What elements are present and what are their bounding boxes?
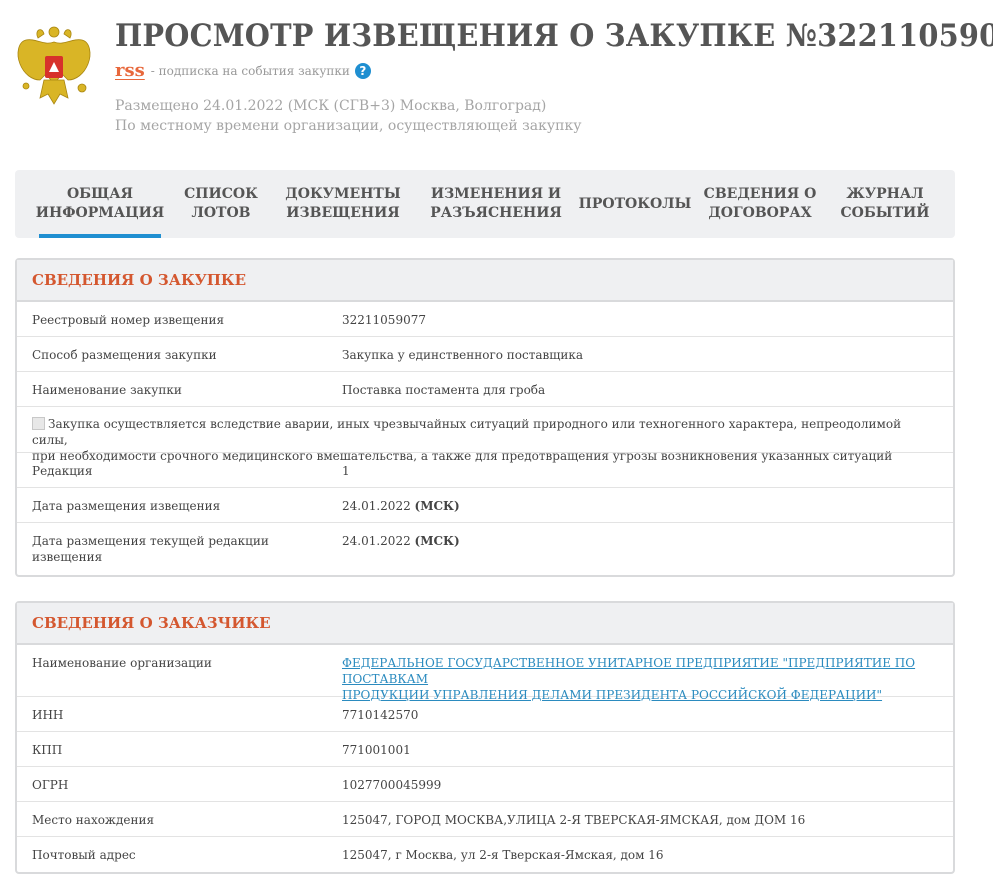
tab-label: разъяснения bbox=[430, 204, 562, 223]
tab-label: Изменения и bbox=[430, 185, 562, 204]
table-row: Редакция 1 bbox=[17, 453, 953, 488]
procurement-info-panel: Сведения о закупке Реестровый номер изве… bbox=[15, 258, 955, 577]
row-label: Почтовый адрес bbox=[17, 837, 327, 872]
timezone-label: (МСК) bbox=[415, 499, 460, 513]
row-label: ИНН bbox=[17, 697, 327, 731]
page-title: ПРОСМОТР ИЗВЕЩЕНИЯ О ЗАКУПКЕ №3221105907… bbox=[115, 18, 993, 54]
timezone-label: (МСК) bbox=[415, 534, 460, 548]
emergency-checkbox[interactable] bbox=[32, 417, 45, 430]
customer-info-panel: Сведения о заказчике Наименование органи… bbox=[15, 601, 955, 874]
tab-label: лотов bbox=[184, 204, 258, 223]
help-icon[interactable]: ? bbox=[355, 63, 371, 79]
section-title: Сведения о заказчике bbox=[32, 614, 271, 632]
link-line[interactable]: ФЕДЕРАЛЬНОЕ ГОСУДАРСТВЕННОЕ УНИТАРНОЕ ПР… bbox=[342, 655, 938, 687]
table-row: Дата размещения текущей редакцииизвещени… bbox=[17, 523, 953, 575]
row-label: ОГРН bbox=[17, 767, 327, 801]
table-row: Почтовый адрес 125047, г Москва, ул 2-я … bbox=[17, 837, 953, 872]
tab-label: Сведения о bbox=[704, 185, 817, 204]
label-line: извещения bbox=[32, 549, 327, 565]
table-row: Способ размещения закупки Закупка у един… bbox=[17, 337, 953, 372]
section-title: Сведения о закупке bbox=[32, 271, 246, 289]
row-value: 24.01.2022 (МСК) bbox=[327, 488, 953, 522]
row-label: Дата размещения извещения bbox=[17, 488, 327, 522]
emergency-checkbox-row: Закупка осуществляется вследствие аварии… bbox=[17, 407, 953, 453]
row-label: Реестровый номер извещения bbox=[17, 302, 327, 336]
tab-protocols[interactable]: Протоколы bbox=[587, 170, 683, 238]
date-value: 24.01.2022 bbox=[342, 534, 411, 548]
tab-label: Протоколы bbox=[579, 195, 692, 214]
row-value: 1 bbox=[327, 453, 953, 487]
tab-label: договорах bbox=[704, 204, 817, 223]
row-value: 125047, г Москва, ул 2-я Тверская-Ямская… bbox=[327, 837, 953, 872]
checkbox-label: Закупка осуществляется вследствие аварии… bbox=[32, 417, 901, 447]
tab-contracts-info[interactable]: Сведения одоговорах bbox=[683, 170, 837, 238]
rss-description: - подписка на события закупки bbox=[151, 64, 350, 78]
row-value: Поставка постамента для гроба bbox=[327, 372, 953, 406]
row-value: 1027700045999 bbox=[327, 767, 953, 801]
row-label: Место нахождения bbox=[17, 802, 327, 836]
table-row: Реестровый номер извещения 32211059077 bbox=[17, 302, 953, 337]
russian-coat-of-arms-icon bbox=[14, 24, 94, 108]
posted-date-line: Размещено 24.01.2022 (МСК (СГВ+3) Москва… bbox=[115, 96, 581, 116]
row-label: КПП bbox=[17, 732, 327, 766]
row-label: Редакция bbox=[17, 453, 327, 487]
page-header: ПРОСМОТР ИЗВЕЩЕНИЯ О ЗАКУПКЕ №3221105907… bbox=[0, 0, 993, 150]
organization-link[interactable]: ФЕДЕРАЛЬНОЕ ГОСУДАРСТВЕННОЕ УНИТАРНОЕ ПР… bbox=[327, 645, 953, 696]
label-line: Дата размещения текущей редакции bbox=[32, 533, 327, 549]
table-row: Дата размещения извещения 24.01.2022 (МС… bbox=[17, 488, 953, 523]
row-label: Дата размещения текущей редакцииизвещени… bbox=[17, 523, 327, 575]
row-label: Способ размещения закупки bbox=[17, 337, 327, 371]
row-value: 7710142570 bbox=[327, 697, 953, 731]
row-value: 24.01.2022 (МСК) bbox=[327, 523, 953, 575]
row-value: 32211059077 bbox=[327, 302, 953, 336]
row-value: Закупка у единственного поставщика bbox=[327, 337, 953, 371]
tab-changes-clarifications[interactable]: Изменения иразъяснения bbox=[405, 170, 587, 238]
row-value: 771001001 bbox=[327, 732, 953, 766]
panel-header: Сведения о закупке bbox=[17, 260, 953, 302]
rss-subscription: rss - подписка на события закупки ? bbox=[115, 60, 371, 81]
tab-label: Документы bbox=[285, 185, 400, 204]
posted-info: Размещено 24.01.2022 (МСК (СГВ+3) Москва… bbox=[115, 96, 581, 136]
panel-header: Сведения о заказчике bbox=[17, 603, 953, 645]
row-value: 125047, ГОРОД МОСКВА,УЛИЦА 2-Я ТВЕРСКАЯ-… bbox=[327, 802, 953, 836]
tab-label: Журнал bbox=[841, 185, 930, 204]
table-row: ИНН 7710142570 bbox=[17, 697, 953, 732]
table-row: КПП 771001001 bbox=[17, 732, 953, 767]
table-row: Наименование закупки Поставка постамента… bbox=[17, 372, 953, 407]
row-label: Наименование организации bbox=[17, 645, 327, 696]
tab-label: Список bbox=[184, 185, 258, 204]
table-row: ОГРН 1027700045999 bbox=[17, 767, 953, 802]
tab-notice-documents[interactable]: Документыизвещения bbox=[281, 170, 405, 238]
tab-general-info[interactable]: Общаяинформация bbox=[39, 170, 161, 238]
table-row: Место нахождения 125047, ГОРОД МОСКВА,УЛ… bbox=[17, 802, 953, 837]
tab-event-log[interactable]: Журналсобытий bbox=[837, 170, 933, 238]
tab-bar: Общаяинформация Списоклотов Документыизв… bbox=[15, 170, 955, 238]
row-label: Наименование закупки bbox=[17, 372, 327, 406]
tab-label: информация bbox=[36, 204, 164, 223]
tab-label: событий bbox=[841, 204, 930, 223]
date-value: 24.01.2022 bbox=[342, 499, 411, 513]
tab-label: Общая bbox=[36, 185, 164, 204]
posted-timezone-note: По местному времени организации, осущест… bbox=[115, 116, 581, 136]
table-row: Наименование организации ФЕДЕРАЛЬНОЕ ГОС… bbox=[17, 645, 953, 697]
tab-label: извещения bbox=[285, 204, 400, 223]
tab-lots-list[interactable]: Списоклотов bbox=[161, 170, 281, 238]
rss-link[interactable]: rss bbox=[115, 60, 145, 81]
